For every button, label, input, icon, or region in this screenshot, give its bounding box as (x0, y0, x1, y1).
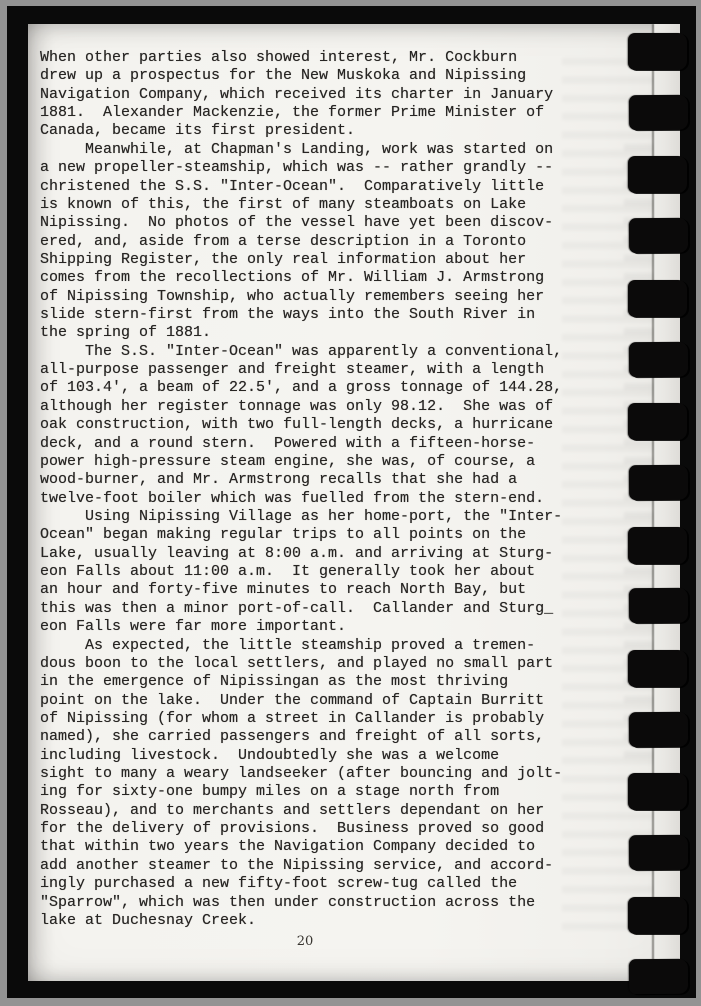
page-edge-line (652, 24, 654, 981)
page-text: When other parties also showed interest,… (28, 24, 680, 951)
paragraph-5: As expected, the little steamship proved… (40, 637, 680, 931)
page-number: 20 (40, 933, 570, 951)
paragraph-3: The S.S. "Inter-Ocean" was apparently a … (40, 343, 680, 508)
paragraph-2: Meanwhile, at Chapman's Landing, work wa… (40, 141, 680, 343)
page-edge-stack (654, 24, 680, 981)
scan-frame: When other parties also showed interest,… (0, 0, 701, 1006)
paragraph-1: When other parties also showed interest,… (40, 49, 680, 141)
book-page: When other parties also showed interest,… (28, 24, 680, 981)
scan-background: When other parties also showed interest,… (7, 6, 696, 998)
paragraph-4: Using Nipissing Village as her home-port… (40, 508, 680, 637)
